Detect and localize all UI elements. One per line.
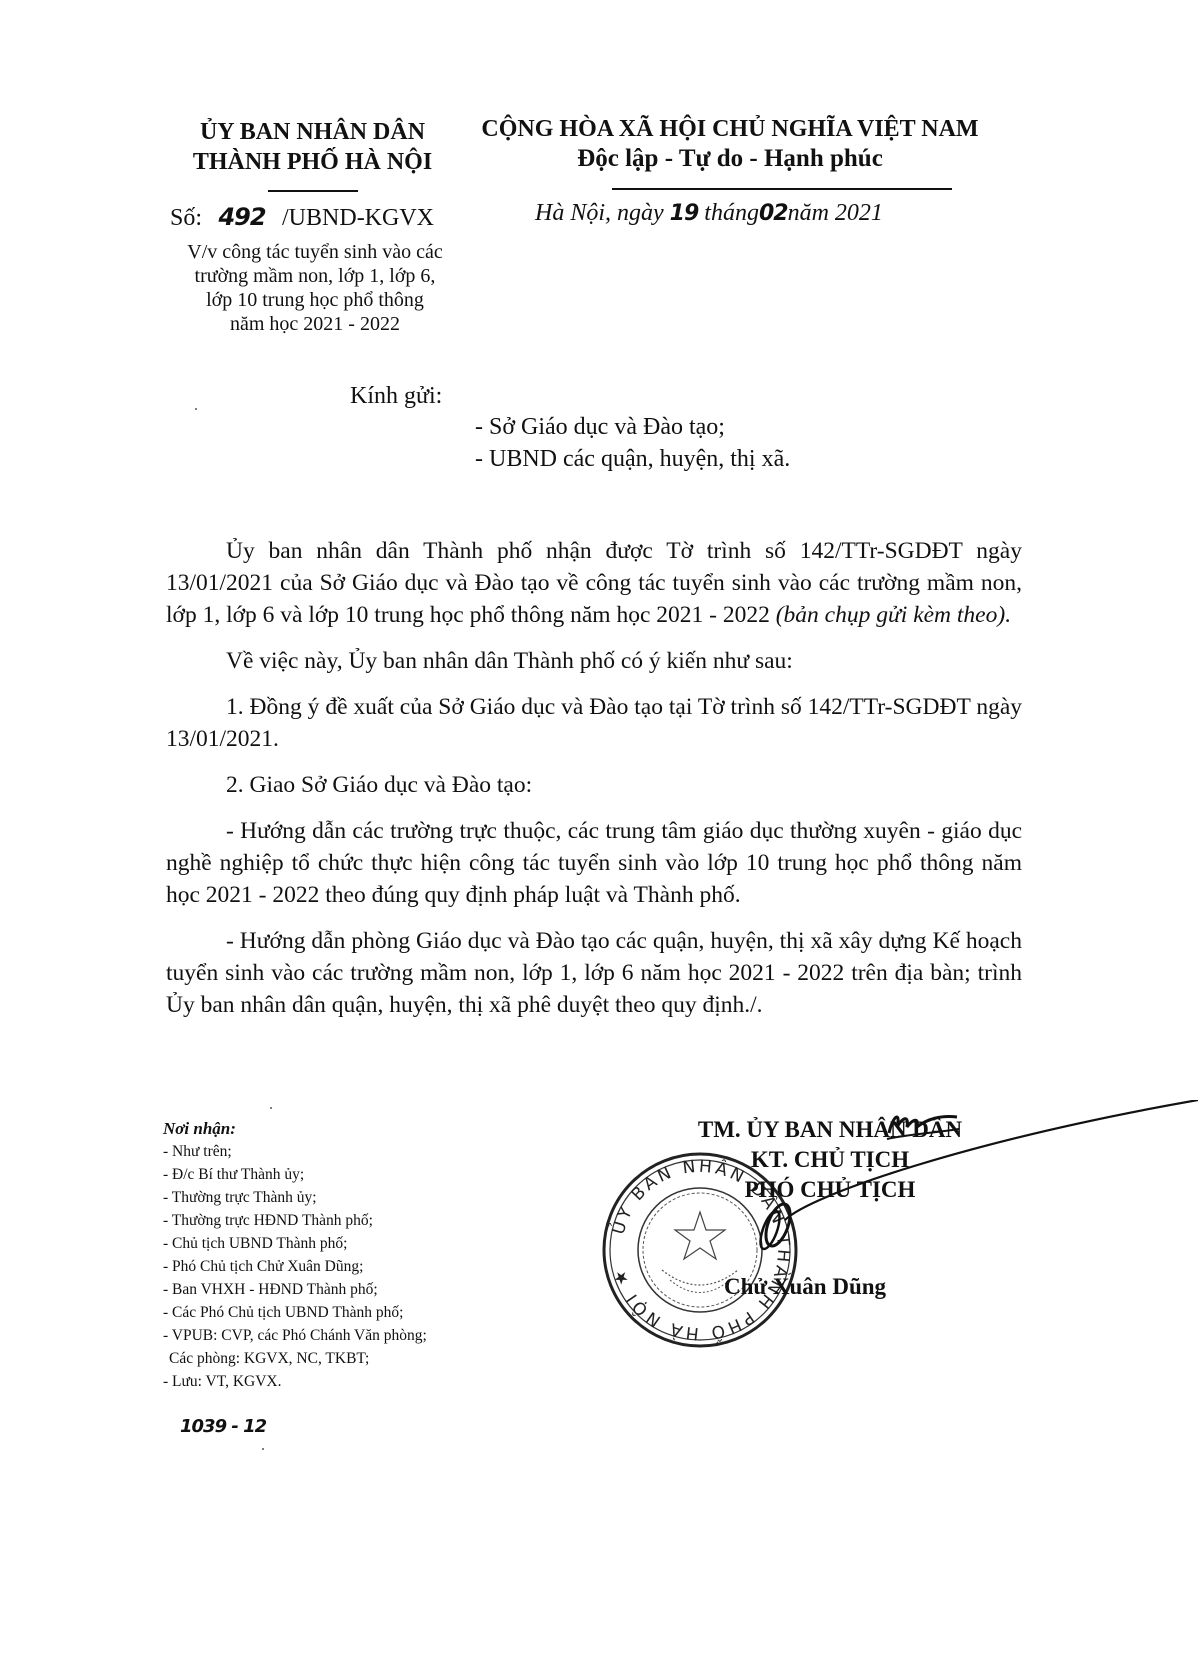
issuer-block: ỦY BAN NHÂN DÂN THÀNH PHỐ HÀ NỘI [150,117,475,177]
body-paragraph-1: Ủy ban nhân dân Thành phố nhận được Tờ t… [166,535,1022,631]
subject-line: trường mầm non, lớp 1, lớp 6, [170,264,460,288]
doc-number-handwritten: 492 [202,203,282,231]
year-label: năm 2021 [788,200,883,226]
place-date: Hà Nội, ngày 19 tháng02năm 2021 [535,200,883,227]
scan-speck [195,408,197,410]
addressee-label: Kính gửi: [350,383,442,410]
body-paragraph-6: - Hướng dẫn phòng Giáo dục và Đào tạo cá… [166,925,1022,1021]
place-date-prefix: Hà Nội, ngày [535,200,664,226]
initial-scribble-icon [883,1105,963,1145]
subject-line: lớp 10 trung học phổ thông [170,288,460,312]
signature-line-3: PHÓ CHỦ TỊCH [600,1175,1060,1205]
issuer-underline [268,190,358,192]
national-motto: Độc lập - Tự do - Hạnh phúc [480,144,980,174]
recipients-block: Nơi nhận: - Như trên; - Đ/c Bí thư Thành… [163,1117,563,1393]
month-label: tháng [704,200,759,226]
handwritten-day: 19 [670,201,699,226]
letter-body: Ủy ban nhân dân Thành phố nhận được Tờ t… [166,535,1022,1035]
recipient-item: - Đ/c Bí thư Thành ủy; [163,1163,563,1186]
issuer-line-1: ỦY BAN NHÂN DÂN [150,117,475,147]
body-paragraph-3: 1. Đồng ý đề xuất của Sở Giáo dục và Đào… [166,691,1022,755]
handwritten-month: 02 [759,201,788,226]
recipient-item: - Chủ tịch UBND Thành phố; [163,1232,563,1255]
signature-line-2: KT. CHỦ TỊCH [600,1145,1060,1175]
nation-name: CỘNG HÒA XÃ HỘI CHỦ NGHĨA VIỆT NAM [480,114,980,144]
recipients-title: Nơi nhận: [163,1117,563,1140]
recipient-item: - Ban VHXH - HĐND Thành phố; [163,1278,563,1301]
recipient-item: - Như trên; [163,1140,563,1163]
motto-underline [612,188,952,190]
doc-number-suffix: /UBND-KGVX [282,205,434,231]
addressee-item: - Sở Giáo dục và Đào tạo; [475,411,790,443]
scan-speck [270,1107,272,1109]
subject-line: V/v công tác tuyển sinh vào các [170,240,460,264]
signature-block: TM. ỦY BAN NHÂN DÂN KT. CHỦ TỊCH PHÓ CHỦ… [600,1115,1060,1205]
nation-header: CỘNG HÒA XÃ HỘI CHỦ NGHĨA VIỆT NAM Độc l… [480,114,980,174]
recipient-item: - Thường trực HĐND Thành phố; [163,1209,563,1232]
addressee-list: - Sở Giáo dục và Đào tạo; - UBND các quậ… [475,411,790,475]
body-paragraph-2: Về việc này, Ủy ban nhân dân Thành phố c… [166,645,1022,677]
recipient-item: Các phòng: KGVX, NC, TKBT; [163,1347,563,1370]
signer-name: Chử Xuân Dũng [600,1274,1010,1300]
recipient-item: - Các Phó Chủ tịch UBND Thành phố; [163,1301,563,1324]
subject-block: V/v công tác tuyển sinh vào các trường m… [170,240,460,336]
recipient-item: - VPUB: CVP, các Phó Chánh Văn phòng; [163,1324,563,1347]
handwritten-file-code: 1039 - 12 [180,1416,266,1437]
issuer-line-2: THÀNH PHỐ HÀ NỘI [150,147,475,177]
document-number: Số:492/UBND-KGVX [170,203,434,232]
body-paragraph-5: - Hướng dẫn các trường trực thuộc, các t… [166,815,1022,911]
addressee-item: - UBND các quận, huyện, thị xã. [475,443,790,475]
subject-line: năm học 2021 - 2022 [170,312,460,336]
recipient-item: - Thường trực Thành ủy; [163,1186,563,1209]
doc-number-label: Số: [170,205,202,231]
recipient-item: - Lưu: VT, KGVX. [163,1370,563,1393]
scan-speck [262,1448,264,1450]
body-paragraph-4: 2. Giao Sở Giáo dục và Đào tạo: [166,769,1022,801]
signature-line-1: TM. ỦY BAN NHÂN DÂN [600,1115,1060,1145]
body-p1-italic-note: (bản chụp gửi kèm theo). [776,602,1011,628]
recipient-item: - Phó Chủ tịch Chử Xuân Dũng; [163,1255,563,1278]
